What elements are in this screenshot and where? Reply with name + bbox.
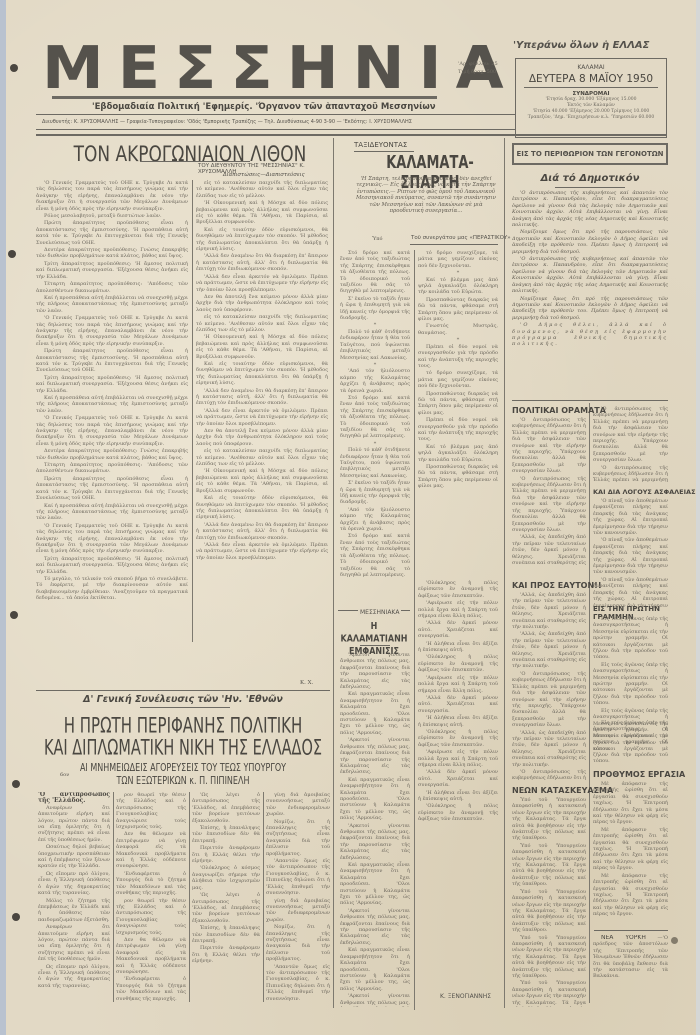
column-divider [192,180,193,642]
paragraph: 'Ολόκληρος ἡ πόλις εὑρίσκετο ἐν ἀναμονῇ … [418,654,498,673]
paragraph: 'Αλλά δεν ἀναμένω ὅτι θὰ διαρκέσῃ ἐπ' ἄπ… [196,388,328,407]
paragraph: Τέταρτη ἀπαραίτητος προϋπόθεσις: 'Απόδοσ… [36,281,188,294]
paragraph: Ως εἴπομεν πρό ὀλίγου, εἶναι ἡ Ἑλληνική … [38,871,110,897]
paragraph: Πρώτη ἀπαραίτητος προϋπόθεσις εἶναι ἡ ἀπ… [36,220,188,246]
lead-column-1: 'Ο Γενικός Γραμματεύς τοῦ ΟΗΕ κ. Τρύγκβε… [36,180,188,642]
paragraph: Μέ ἀπόφασιν τῆς ἐπιτροπῆς ὡρίσθη ὅτι αἱ … [593,781,668,826]
paragraph: Δεν θα ἀποτελῇ ἕνα κείμενο μόνον ἀλλὰ μί… [196,294,328,313]
paragraph: Μέ ἀπόφασιν τῆς ἐπιτροπῆς ὡρίσθη ὅτι αἱ … [593,873,668,918]
column-divider [504,138,505,1008]
paragraph: 'Αρκετοί γίνονται ἄνθρωποι τῆς πόλεως μα… [340,823,410,861]
paragraph: 'Η ἀλήθεια εἶναι ὅτι ἀξίζει ἡ ἐπίσκεψις … [418,641,498,654]
paragraph: Ὑπό τοῦ 'Υπουργείου ἀπεφασίσθη ἡ κατασκε… [512,843,586,888]
paragraph: 'Ο πίναξ τῶν ἀποθεμάτων ἐμφανίζεται πλήρ… [593,498,668,536]
short-item-body: 'Αλλά, ὡς ἀπεδείχθη ἀπό τὴν πεῖραν τῶν τ… [512,592,586,782]
date-box: ΚΑΛΑΜΑΙ ΔΕΥΤΕΡΑ 8 ΜΑΪΟΥ 1950 ΣΥΝΔΡΟΜΑΙ '… [515,58,667,138]
paragraph: Δευτέρα ἀπαραίτητος προϋπόθεσις: Γνώσις … [36,448,188,461]
issue-number: 'Αρ. φύλλου: 25 [458,60,498,68]
issue-date: ΔΕΥΤΕΡΑ 8 ΜΑΪΟΥ 1950 [524,73,658,88]
paragraph: 'Αλλά δὲν ἀρκεῖ μόνον αὐτό. Χρειάζεται κ… [418,769,498,788]
paragraph: 'Ο πίναξ τῶν ἀποθεμάτων ἐμφανίζεται πλήρ… [593,537,668,575]
paragraph: 'Ο ἀντιπρόσωπος τῆς κυβερνήσεως καί ἀπαν… [512,190,668,228]
paragraph: 'Ο Γενικός Γραμματεύς τοῦ ΟΗΕ κ. Τρύγκβε… [36,415,188,447]
travel-kicker: ΤΑΞΙΔΕΥΟΝΤΑΣ [354,141,407,149]
scan-edge-right [696,0,700,1035]
paragraph: Σ' ἐκεῖνο τὸ ταξίδι ἦταν ἡ ὥρα ἡ ἐπιθυμη… [340,296,410,322]
paragraph: —'Ο πρόεδρος τῶν ἀποστόλων τῆς 'Επιτροπῆ… [593,935,668,979]
byline-prefix: Ὑπό [372,236,383,242]
paragraph: 'Η Οἰκουμενική καὶ ἡ Μόσχα αἱ δύο πόλεις… [196,468,328,494]
paragraph: Δεν θα θέλομεν νὰ ἐπιτρέψωμεν νὰ γίνῃ ἀν… [116,831,186,869]
paragraph: Πρέπει οἱ δύο νομοί νὰ συνεργασθοῦν γιὰ … [418,417,498,443]
messiniaka-kicker: ΜΕΣΣΗΝΙΑΚΑ [358,609,401,616]
paragraph: 'Ο ἀντιπρόσωπος τῆς κυβερνήσεως ἐδήλωσεν… [512,417,586,475]
paragraph: 'Αλλά δεν εἶναι ἀρκετόν νὰ ὁμιλῶμεν. Πρέ… [196,408,328,427]
paragraph: Ωσαύτως δηλοί βεβαίως ὑποχρεωτικὴν προσπ… [38,844,110,870]
column-divider [414,250,415,1010]
paragraph: γίνῃ διά ἀμοιβαίας συνεννοήσεως μεταξύ τ… [266,792,330,818]
paragraph: 'Ο πίναξ τῶν ἀποθεμάτων ἐμφανίζεται πλήρ… [593,577,668,608]
issue-price: Τιμή δραχ. 500 [458,68,498,76]
paragraph: Αναφέρων ὅτι ἀπαιτοῦμεν εἰρήνη καί λόγον… [38,924,110,962]
paragraph: Πρέπει οἱ δύο νομοί νὰ συνεργασθοῦν γιὰ … [418,344,498,370]
paragraph: 'Ολόκληρος ἡ πόλις εὑρίσκετο ἐν ἀναμονῇ … [418,580,498,599]
paragraph: 'Ως λέγει ὁ ἀντιπρόσωπος τῆς 'Ελλάδος, α… [192,892,260,924]
paragraph: Καί ἡ προσπάθεια αὐτή ἐπιβάλλεται νά συν… [36,395,188,414]
paragraph: 'Ενδιαφέρεται ὁ Υπουργός διὰ τὸ ζήτημα τ… [116,871,186,897]
paragraph: Περιττόν ἀναφέρομεν ὅτι ἡ Ελλάς θέλει τὴ… [192,845,260,864]
paragraph: Καὶ εἰς τοιαύτην ὁδὸν εὑρισκόμενοι, θὰ δ… [196,227,328,253]
paragraph: Ὑπό τοῦ 'Υπουργείου ἀπεφασίσθη ἡ κατασκε… [512,980,586,1007]
paragraph: Προσπαθώντας διαρκῶς νά δῶ τά πάντα, φθά… [418,391,498,417]
paragraph: 'Ως λέγει ὁ ἀντιπρόσωπος τῆς 'Ελλάδος, α… [192,792,260,824]
publisher-info-bar: Διευθυντής: Κ. ΧΡΥΣΟΜΑΛΛΗΣ — Γραφεῖα-Τυπ… [36,114,515,130]
paragraph: 'Αρκετοί γίνονται ἄνθρωποι τῆς πόλεως μα… [340,737,410,775]
paragraph: Μόλις τὸ ζήτημα τῆς ἐπεμβάσεως ἐν Ἑλλάδι… [38,898,110,924]
pipinelis-column-3: 'Ως λέγει ὁ ἀντιπρόσωπος τῆς 'Ελλάδος, α… [192,792,260,1002]
column-divider [263,792,264,1002]
paragraph: Καὶ πραγματικῶς εἶναι ἀναμφισβήτητον ὅτι… [340,862,410,907]
short-item-body: 'Ο ἀντιπρόσωπος τῆς κυβερνήσεως ἐδήλωσεν… [512,417,586,565]
paragraph: Καί τό βλέμμα μας ἀπό ψηλά ἀγκαλιάζει ὁλ… [418,444,498,463]
section-rule [36,690,330,691]
paragraph: Προσπαθώντας διαρκῶς νά δῶ τά πάντα, φθά… [418,464,498,490]
paragraph: 'Αλλά δὲν ἀρκεῖ μόνον αὐτό. Χρειάζεται κ… [418,695,498,714]
masthead-bottom-rule [36,134,666,136]
paragraph: 'Ο Γενικός Γραμματεύς τοῦ ΟΗΕ κ. Τρύγκβε… [36,523,188,555]
paragraph: Μέ ἀπόφασιν τῆς ἐπιτροπῆς ὡρίσθη ὅτι αἱ … [593,827,668,872]
paragraph: 'Ο ἀντιπρόσωπος τῆς κυβερνήσεως ἐδήλωσεν… [512,476,586,534]
headline-underline [140,161,250,162]
paragraph: Καὶ εἰς τοιαύτην ὁδὸν εὑρισκόμενοι, θὰ δ… [196,361,328,387]
paragraph: Νομίζω, ὅτι ἡ ἐπανάληψις τῆς συζητήσεως … [266,819,330,857]
paragraph: εἰς τό κατακλείσαν παιχνίδι τῆς διπλωματ… [196,180,328,199]
pipinelis-kicker: Δ' Γενική Συνέλευσις τῶν 'Ην. 'Εθνῶν [36,694,330,705]
column-title: 'Ο ἀντιπρόσωπος τῆς 'Ελλάδος. [38,792,110,805]
paragraph: ρον θεωρεῖ τὴν θέσιν τῆς Ελλάδος καὶ ὁ ἀ… [116,792,186,830]
paragraph: 'Απαντῶν ὅμως εἰς τὸν ἀντιπρόσωπον τῆς Γ… [266,858,330,896]
subscription-line: Τραπεζῶν, 'Δημ. 'Επιχειρήσεων κ.λ. 'Υπηρ… [516,115,666,121]
paragraph: Εἰς τοὺς ἀγῶνας ὑπέρ τῆς ἀνασυγκροτήσεως… [593,720,668,765]
short-item-headline: ΚΑΙ ΠΡΟΣ ΕΑΥΤΟΝ!! [512,581,601,590]
pipinelis-headline-line-2: ΚΑΙ ΔΙΠΛΩΜΑΤΙΚΗ ΝΙΚΗ ΤΗΣ ΕΛΛΑΔΟΣ [30,737,336,760]
paragraph: 'Η ἀλήθεια εἶναι ὅτι ἀξίζει ἡ ἐπίσκεψις … [418,790,498,803]
paragraph: 'Απαντῶν ὅμως εἰς τὸν ἀντιπρόσωπον τῆς Γ… [266,964,330,1002]
paragraph: 'Ολόκληρος ἡ πόλις εὑρίσκετο ἐν ἀναμονῇ … [418,803,498,822]
paragraph: 'Ο ἀντιπρόσωπος τῆς κυβερνήσεως καί ἀπαν… [512,256,668,294]
column-divider [589,403,590,1003]
paragraph: 'Ο ἀντιπρόσωπος τῆς κυβερνήσεως ἐδήλωσεν… [593,465,668,484]
binding-hole [10,611,18,619]
binding-hole [10,64,18,72]
paragraph: 'Αφιέρωσε εἰς τήν πόλιν πολλά ἔργα καί ἡ… [418,675,498,694]
paragraph: Ὑπό τοῦ 'Υπουργείου ἀπεφασίσθη ἡ κατασκε… [512,797,586,842]
paragraph: 'Αλλά, ὡς ἀπεδείχθη ἀπό τὴν πεῖραν τῶν τ… [512,631,586,669]
short-item-headline: ΚΑΙ ΔΙΑ ΛΟΓΟΥΣ ΑΣΦΑΛΕΙΑΣ [593,488,696,496]
masthead-motto: 'Υπεράνω ὅλων ἡ ΕΛΛΑΣ [513,40,649,51]
paragraph: Τρίτη ἀπαραίτητος προϋπόθεσις: 'Η ἄμεσος… [36,556,188,575]
travel-deck: 'Η Σπάρτη, τελειοποιοῦσα φυσικῶς, δὲν ἀν… [356,176,496,230]
binding-hole [12,913,20,921]
binding-hole [12,780,20,788]
short-item-headline: ΠΡΟΘΥΜΟΣ ΕΡΓΑΣΙΑ [593,770,685,779]
paragraph: τό δρόμο συνεχίζομε, τά μάτια μας γεμίζο… [418,370,498,389]
travel-signature: Κ. ΞΕΝΟΓΙΑΝΝΗΣ [440,993,491,1000]
paragraph: Εἰς τοὺς ἀγῶνας ὑπέρ τῆς ἀνασυγκροτήσεως… [593,662,668,707]
paragraph: Καὶ πραγματικῶς εἶναι ἀναμφισβήτητον ὅτι… [340,691,410,736]
paragraph: 'Αλλά, ὡς ἀπεδείχθη ἀπό τὴν πεῖραν τῶν τ… [512,534,586,565]
paragraph: Προσπαθώντας διαρκῶς νά δῶ τά πάντα, φθά… [418,297,498,323]
paragraph: Καὶ πραγματικῶς εἶναι ἀναμφισβήτητον ὅτι… [340,777,410,822]
pipinelis-column-2: ρον θεωρεῖ τὴν θέσιν τῆς Ελλάδος καὶ ὁ ἀ… [116,792,186,1002]
paragraph: Στό δρόμο καί κατά ἕναν ἀπό τοὺς ταξιδιώ… [340,533,410,578]
paragraph: 'Αρκετοί γίνονται ἄνθρωποι τῆς πόλεως μα… [340,993,410,1007]
paragraph: 'Αφιέρωσε εἰς τήν πόλιν πολλά ἔργα καί ἡ… [418,600,498,619]
column-divider [113,792,114,1002]
headline-underline [360,645,390,646]
paragraph: Πολύ τό κάθ' ὁτιδήποτε ἐνδιαφέρον ἦταν ἡ… [340,447,410,479]
travel-byline: Τοῦ συνεργάτου μας «ΠΕΡΑΣΤΙΚΟΥ» [411,235,511,241]
paragraph: Νομίζουμε ὅμως ὅτι πρό τῆς παρουσιάσεως … [512,296,668,322]
paragraph: Ρόλος μεσολαβητοῦ, μεταξύ διεστώτων λαῶν… [36,213,188,219]
paragraph: γίνῃ διά ἀμοιβαίας συνεννοήσεως μεταξύ τ… [266,898,330,924]
travel-column-2: τό δρόμο συνεχίζομε, τά μάτια μας γεμίζο… [418,250,498,580]
paragraph: Τέταρτη ἀπαραίτητος προϋπόθεσις: 'Απόδοσ… [36,462,188,475]
newspaper-page: ΜΕΣΣΗΝΙΑ 'Εβδομαδιαία Πολιτική 'Εφημερίς… [0,0,700,1035]
kicker-underline [354,151,414,152]
column-divider [333,138,334,1008]
paragraph: 'Αλλά δὲν ἀρκεῖ μόνον αὐτό. Χρειάζεται κ… [418,620,498,639]
paragraph: Σ' ἐκεῖνο τὸ ταξίδι ἦταν ἡ ὥρα ἡ ἐπιθυμη… [340,480,410,506]
short-item-body-continued: 'Ο ἀντιπρόσωπος τῆς κυβερνήσεως ἐδήλωσεν… [593,406,668,484]
pipinelis-column-4: γίνῃ διά ἀμοιβαίας συνεννοήσεως μεταξύ τ… [266,792,330,1002]
right-box-header: ΕΙΣ ΤΟ ΠΕΡΙΘΩΡΙΟΝ ΤΩΝ ΓΕΓΟΝΟΤΩΝ [512,143,668,165]
paragraph: Νομίζουμε ὅμως ὅτι πρό τῆς παρουσιάσεως … [512,229,668,255]
short-item-body: 'Ο πίναξ τῶν ἀποθεμάτων ἐμφανίζεται πλήρ… [593,498,668,608]
ink-smudge [671,937,678,944]
masthead-title: ΜΕΣΣΗΝΙΑ [42,40,442,97]
pipinelis-subhead-line-2: ΤΩΝ ΕΞΩΤΕΡΙΚΩΝ κ. Π. ΠΙΠΙΝΕΛΗ [36,775,330,787]
paragraph: 'Αφιέρωσε εἰς τήν πόλιν πολλά ἔργα καί ἡ… [418,749,498,768]
paragraph: 'Αλλά δεν ἀναμένω ὅτι θὰ διαρκέσῃ ἐπ' ἄπ… [196,522,328,541]
paragraph: Ὑπό τοῦ 'Υπουργείου ἀπεφασίσθη ἡ κατασκε… [512,889,586,934]
paragraph: Τό μεγάλο, τό τελικόν τοῦ σκοποῦ βῆμα τό… [36,576,188,602]
paragraph: Καὶ εἰς τοιαύτην ὁδὸν εὑρισκόμενοι, θὰ δ… [196,495,328,521]
paragraph: 'Αρκετοί γίνονται ἄνθρωποι τῆς πόλεως μα… [340,908,410,946]
short-item-headline: ΠΟΛΙΤΙΚΑΙ ΟΡΑΜΑΤΑ [512,406,606,415]
paragraph: Τρίτη ἀπαραίτητος προϋπόθεσις: 'Η ἄμεσος… [36,375,188,394]
right-box-body: 'Ο ἀντιπρόσωπος τῆς κυβερνήσεως καί ἀπαν… [512,190,668,400]
paragraph: Δεν θα θέλομεν νὰ ἐπιτρέψωμεν νὰ γίνῃ ἀν… [116,937,186,975]
short-item-body: Ὑπό τοῦ 'Υπουργείου ἀπεφασίσθη ἡ κατασκε… [512,797,586,1007]
byline-underline [410,244,498,245]
paragraph: 'Από τόν ἡλιόλουστο κάμπο τῆς Καλαμάτας … [340,507,410,533]
paragraph: εἰς τό κατακλείσαν παιχνίδι τῆς διπλωματ… [196,448,328,467]
right-box-headline: Διά τό Δημοτικόν [512,173,668,184]
masthead-rule [52,96,437,99]
paragraph: 'Ο ἀντιπρόσωπος τῆς κυβερνήσεως ἐδήλωσεν… [512,769,586,782]
pipinelis-headline-line-1: Η ΠΡΩΤΗ ΠΕΡΙΦΑΝΗΣ ΠΟΛΙΤΙΚΗ [30,712,336,738]
pipinelis-column-1: 'Ο ἀντιπρόσωπος τῆς 'Ελλάδος. Αναφέρων ὅ… [38,792,110,1002]
paragraph: Πρώτη ἀπαραίτητος προϋπόθεσις εἶναι ἡ ἀπ… [36,476,188,502]
paragraph: 'Ολόκληρος ἡ πόλις εὑρίσκετο ἐν ἀναμονῇ … [418,729,498,748]
scan-edge-left [0,0,6,1035]
paragraph: εἰς τό κατακλείσαν παιχνίδι τῆς διπλωματ… [196,314,328,333]
paragraph: 'Ενδιαφέρεται ὁ Υπουργός διὰ τὸ ζήτημα τ… [116,976,186,1002]
column-divider [189,792,190,1002]
lead-signature: Κ. Χ. [300,680,313,686]
margin-note: 6ον [60,772,69,778]
paragraph: 'Ο ἀντιπρόσωπος τῆς κυβερνήσεως ἐδήλωσεν… [593,406,668,464]
date-city: ΚΑΛΑΜΑΙ [516,64,666,71]
section-rule [512,400,668,401]
paragraph: Ἐπίσης, ἡ ἐπανάληψις τῶν ἐπεισοδίων δὲν … [192,825,260,844]
short-item-body: ΝΕΑ ΥΟΡΚΗ —'Ο πρόεδρος τῶν ἀποστόλων τῆς… [593,935,668,1007]
headline-underline [555,187,625,188]
paragraph: τό δρόμο συνεχίζομε, τά μάτια μας γεμίζο… [418,250,498,269]
paragraph: Στό δρόμο καί κατά ἕναν ἀπό τοὺς ταξιδιώ… [340,250,410,295]
paragraph: Καί τό βλέμμα μας ἀπό ψηλά ἀγκαλιάζει ὁλ… [418,277,498,296]
paragraph: Ως εἴπομεν πρό ὀλίγου, εἶναι ἡ Ἑλληνική … [38,964,110,990]
paragraph: 'Ο ἀντιπρόσωπος τῆς κυβερνήσεως ἐδήλωσεν… [512,671,586,729]
messiniaka-body: 'Αρκετοί γίνονται ἄνθρωποι τῆς πόλεως μα… [340,652,410,1007]
short-item-body: Μέ ἀπόφασιν τῆς ἐπιτροπῆς ὡρίσθη ὅτι αἱ … [593,781,668,925]
paragraph: 'Ολόκληρος ὁ κόσμος ἀναγνωρίζει σήμερα τ… [192,865,260,891]
paragraph: 'Από τόν ἡλιόλουστο κάμπο τῆς Καλαμάτας … [340,368,410,394]
paragraph: Γνωστός Μυστρᾶς, θαυμάσιος. [418,323,498,336]
paragraph: Πρώτη ἀπαραίτητος προϋπόθεσις εἶναι ἡ ἀπ… [36,348,188,374]
paragraph: 'Η Οἰκουμενική καὶ ἡ Μόσχα αἱ δύο πόλεις… [196,200,328,226]
paragraph: Ἐπίσης, ἡ ἐπανάληψις τῶν ἐπεισοδίων δὲν … [192,925,260,944]
paragraph: Καί ἡ προσπάθεια αὐτή ἐπιβάλλεται νά συν… [36,503,188,522]
masthead-subtitle: 'Εβδομαδιαία Πολιτική 'Εφημερίς. 'Όργανο… [92,102,452,112]
paragraph: 'Αλλά δεν εἶναι ἀρκετόν νὰ ὁμιλῶμεν. Πρέ… [196,274,328,293]
paragraph: 'Αρκετοί γίνονται ἄνθρωποι τῆς πόλεως μα… [340,652,410,690]
lead-kicker: Διαπιστώσεις—Διαπιστεύσεις [223,172,305,178]
paragraph: 'Αλλά, ὡς ἀπεδείχθη ἀπό τὴν πεῖραν τῶν τ… [512,730,586,768]
paragraph: 'Αλλά δεν ἀναμένω ὅτι θὰ διαρκέσῃ ἐπ' ἄπ… [196,253,328,272]
paragraph: Ὑπό τοῦ 'Υπουργείου ἀπεφασίσθη ἡ κατασκε… [512,935,586,980]
paragraph: Πολύ τό κάθ' ὁτιδήποτε ἐνδιαφέρον ἦταν ἡ… [340,329,410,361]
paragraph: 'Αλλά, ὡς ἀπεδείχθη ἀπό τὴν πεῖραν τῶν τ… [512,592,586,630]
paragraph: Τρίτη ἀπαραίτητος προϋπόθεσις: 'Η ἄμεσος… [36,261,188,280]
section-rule [594,930,668,931]
paragraph: 'Ο Γενικός Γραμματεύς τοῦ ΟΗΕ κ. Τρύγκβε… [36,180,188,212]
paragraph: 'Η Οἰκουμενική καὶ ἡ Μόσχα αἱ δύο πόλεις… [196,334,328,360]
travel-column-1: Στό δρόμο καί κατά ἕναν ἀπό τοὺς ταξιδιώ… [340,250,410,580]
binding-hole [8,250,16,258]
travel-column-3: 'Ολόκληρος ἡ πόλις εὑρίσκετο ἐν ἀναμονῇ … [418,580,498,1005]
lead-column-2: εἰς τό κατακλείσαν παιχνίδι τῆς διπλωματ… [196,180,328,642]
paragraph: 'Η ἀλήθεια εἶναι ὅτι ἀξίζει ἡ ἐπίσκεψις … [418,715,498,728]
paragraph: Αναφέρων ὅτι ἀπαιτοῦμεν εἰρήνη καί λόγον… [38,805,110,843]
paragraph: Καί ἡ προσπάθεια αὐτή ἐπιβάλλεται νά συν… [36,295,188,314]
paragraph: Δεν θα ἀποτελῇ ἕνα κείμενο μόνον ἀλλὰ μί… [196,428,328,447]
issue-info: 'Αρ. φύλλου: 25 Τιμή δραχ. 500 [458,60,498,76]
short-item-body-continued: Εἰς τοὺς ἀγῶνας ὑπέρ τῆς ἀνασυγκροτήσεως… [593,720,668,768]
paragraph: Καὶ πραγματικῶς εἶναι ἀναμφισβήτητον ὅτι… [340,947,410,992]
paragraph: ρον θεωρεῖ τὴν θέσιν τῆς Ελλάδος καὶ ὁ ἀ… [116,898,186,936]
paragraph: 'Ο Γενικός Γραμματεύς τοῦ ΟΗΕ κ. Τρύγκβε… [36,315,188,347]
kicker-underline [140,707,230,708]
paragraph: 'Ο Δῆμος θέλει, ἀλλά καί ὁ δυνάμενος, νὰ… [512,322,668,348]
paragraph: Νομίζω, ὅτι ἡ ἐπανάληψις τῆς συζητήσεως … [266,924,330,962]
paragraph: Στό δρόμο καί κατά ἕναν ἀπό τοὺς ταξιδιώ… [340,395,410,440]
pipinelis-subhead-line-1: ΑΙ ΜΝΗΜΕΙΩΔΕΙΣ ΑΓΟΡΕΥΣΕΙΣ ΤΟΥ ΤΕΩΣ ΥΠΟΥΡ… [36,762,330,774]
paragraph: Δευτέρα ἀπαραίτητος προϋπόθεσις: Γνώσις … [36,247,188,260]
paragraph: 'Αλλά δεν εἶναι ἀρκετόν νὰ ὁμιλῶμεν. Πρέ… [196,542,328,561]
paragraph: Εἰς τοὺς ἀγῶνας ὑπέρ τῆς ἀνασυγκροτήσεως… [593,616,668,661]
paragraph: Περιττόν ἀναφέρομεν ὅτι ἡ Ελλάς θέλει τὴ… [192,945,260,964]
